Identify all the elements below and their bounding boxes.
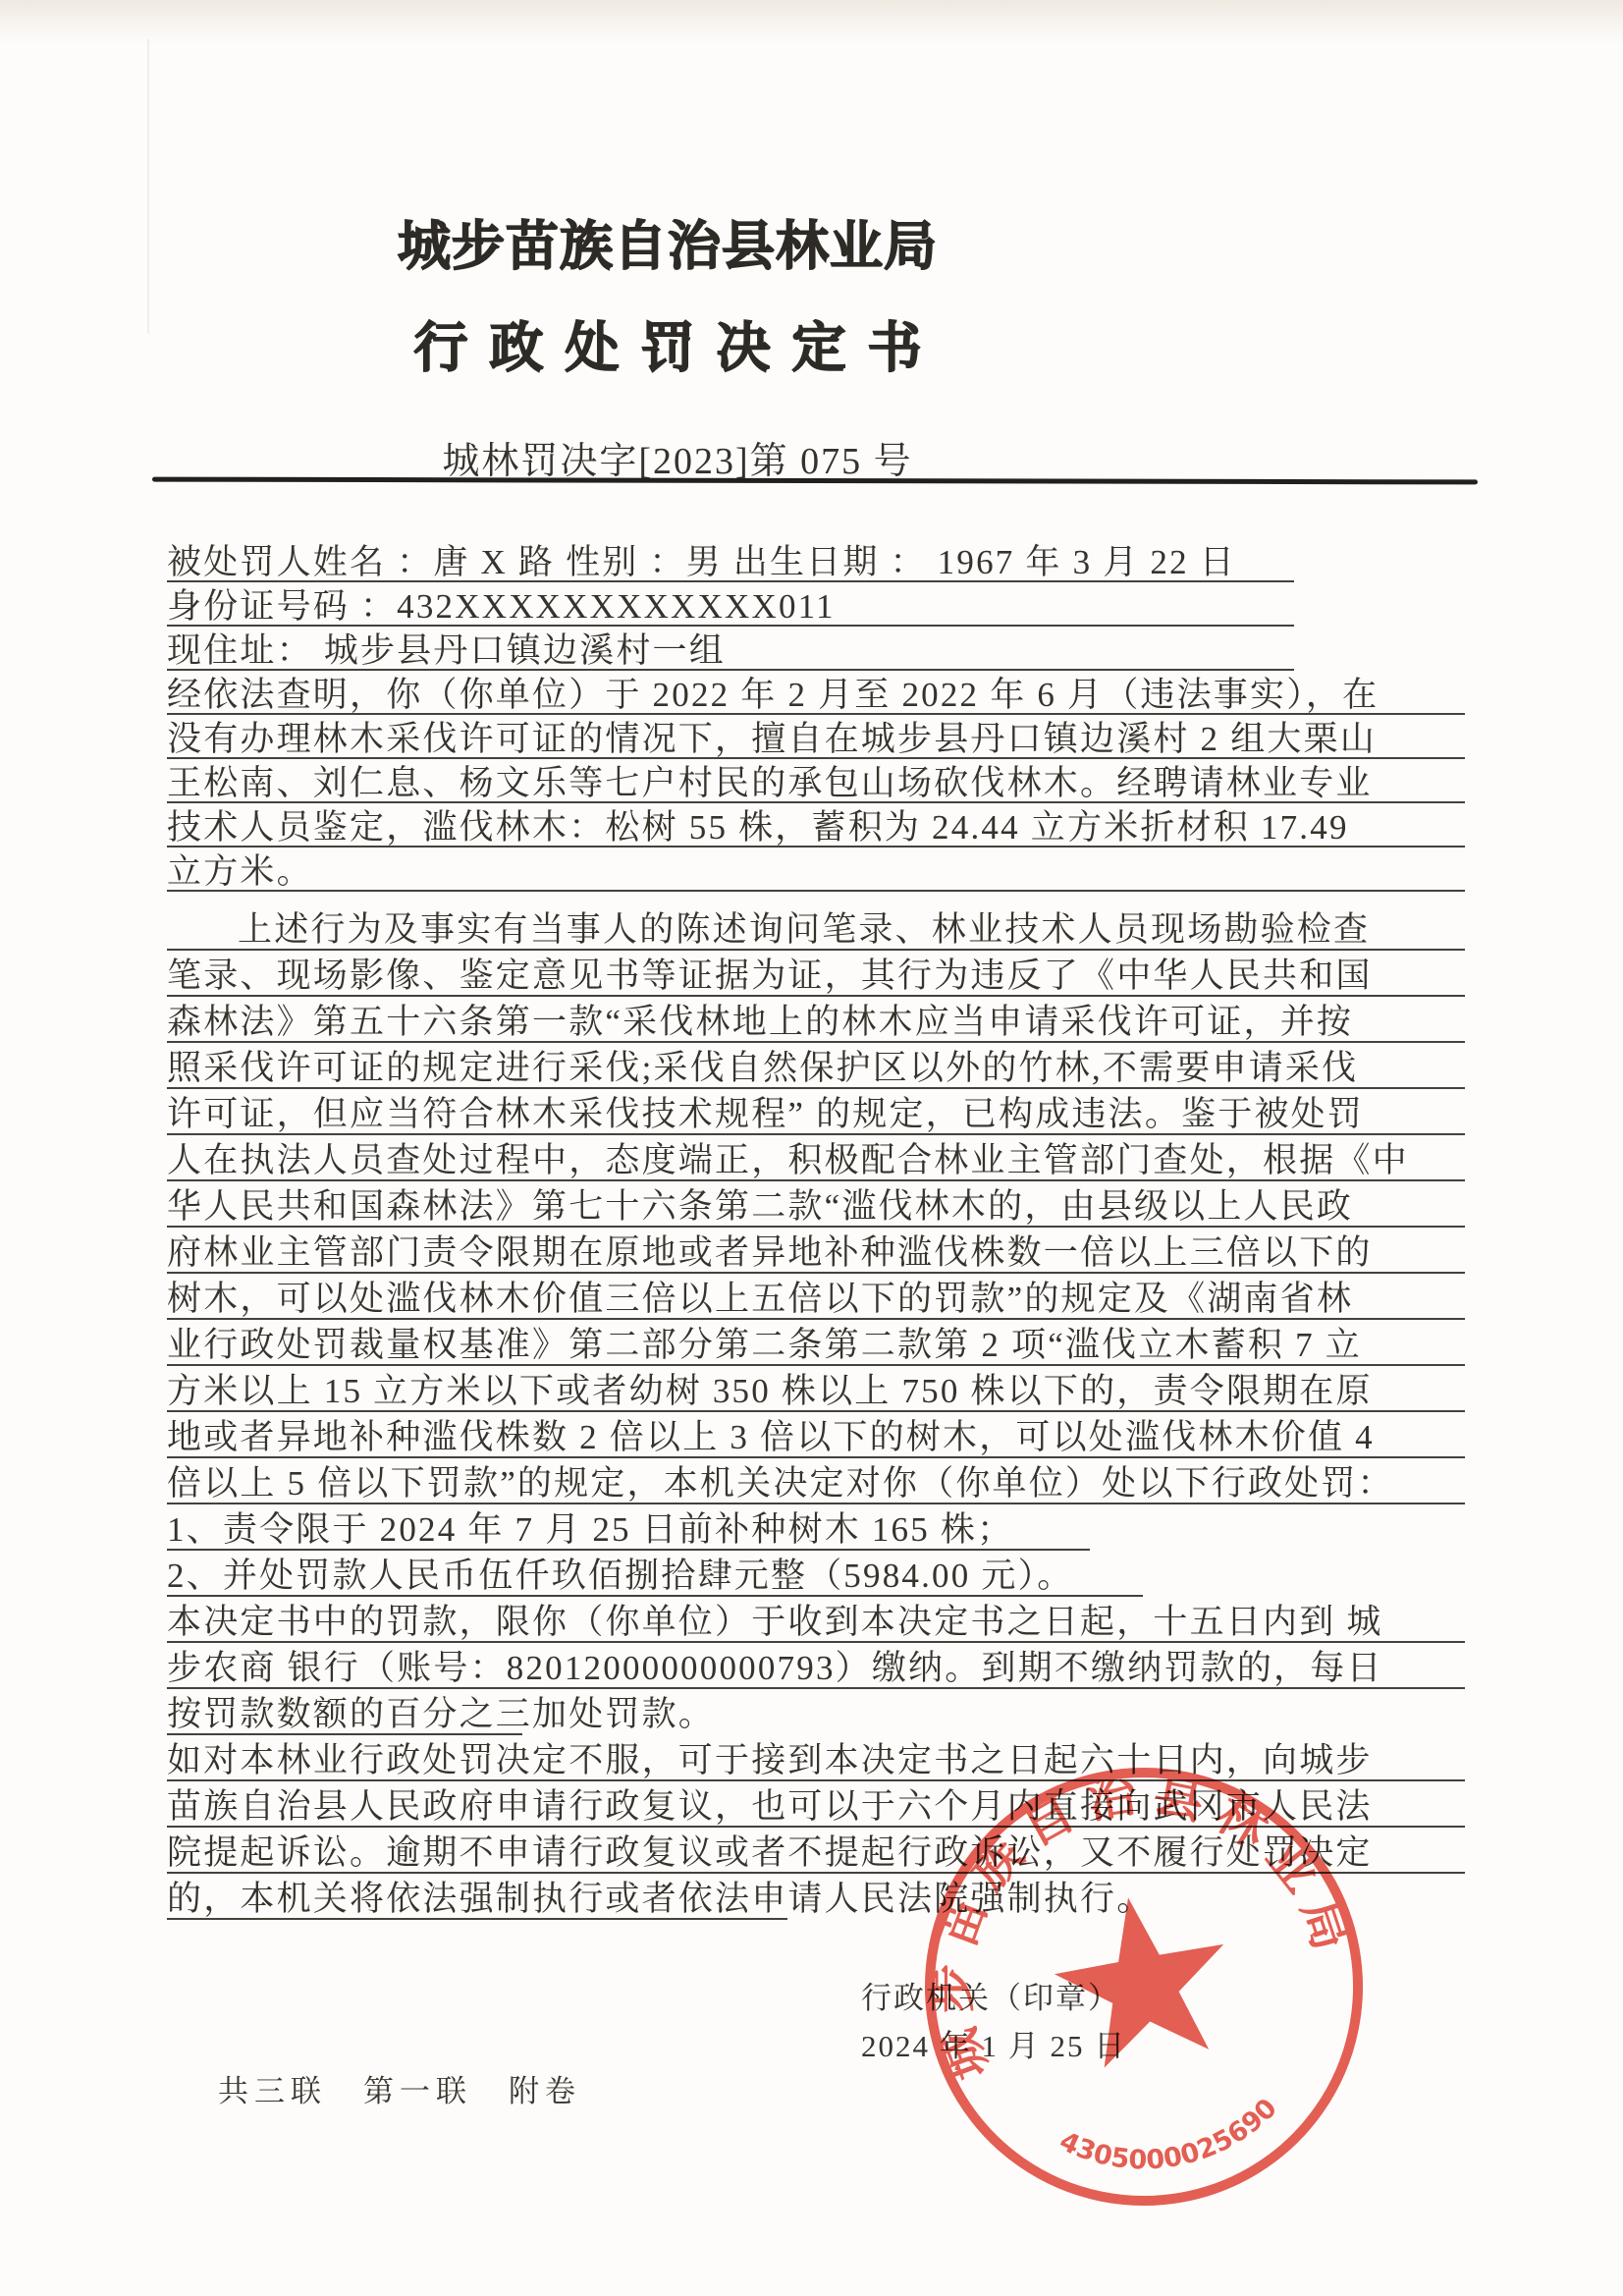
body-line: 王松南、刘仁息、杨文乐等七户村民的承包山场砍伐林木。经聘请林业专业 — [167, 762, 1465, 806]
body-line: 按罚款数额的百分之三加处罚款。 — [167, 1692, 1465, 1738]
body-line: 森林法》第五十六条第一款“采伐林地上的林木应当申请采伐许可证，并按 — [167, 1000, 1465, 1046]
issuer-label: 行政机关（印章） — [861, 1974, 1126, 2022]
agency-title: 城步苗族自治县林业局 — [398, 204, 938, 280]
body-line: 本决定书中的罚款，限你（你单位）于收到本决定书之日起，十五日内到 城 — [167, 1600, 1465, 1646]
body-line: 没有办理林木采伐许可证的情况下，擅自在城步县丹口镇边溪村 2 组大栗山 — [167, 718, 1465, 762]
body-line: 身份证号码 ：432XXXXXXXXXXXX011 — [167, 585, 1465, 629]
body-line: 现住址： 城步县丹口镇边溪村一组 — [167, 629, 1465, 674]
document-number: 城林罚决字[2023]第 075 号 — [442, 430, 912, 484]
body-line: 院提起诉讼。逾期不申请行政复议或者不提起行政诉讼，又不履行处罚决定 — [167, 1831, 1465, 1877]
body-line: 照采伐许可证的规定进行采伐;采伐自然保护区以外的竹林,不需要申请采伐 — [167, 1046, 1465, 1092]
body-line: 2、并处罚款人民币伍仟玖佰捌拾肆元整（5984.00 元）。 — [167, 1554, 1465, 1600]
body-line: 笔录、现场影像、鉴定意见书等证据为证，其行为违反了《中华人民共和国 — [167, 954, 1465, 1000]
body-line: 上述行为及事实有当事人的陈述询问笔录、林业技术人员现场勘验检查 — [167, 907, 1465, 954]
body-line: 华人民共和国森林法》第七十六条第二款“滥伐林木的，由县级以上人民政 — [167, 1184, 1465, 1230]
signature-block: 行政机关（印章） 2024 年 1 月 25 日 — [861, 1974, 1126, 2070]
decision-date: 2024 年 1 月 25 日 — [861, 2022, 1126, 2070]
document-type-title: 行政处罚决定书 — [413, 304, 943, 382]
body-line: 树木，可以处滥伐林木价值三倍以上五倍以下的罚款”的规定及《湖南省林 — [167, 1277, 1465, 1323]
body-line: 人在执法人员查处过程中，态度端正，积极配合林业主管部门查处，根据《中 — [167, 1138, 1465, 1184]
body-line: 如对本林业行政处罚决定不服，可于接到本决定书之日起六十日内，向城步 — [167, 1738, 1465, 1784]
body-line: 府林业主管部门责令限期在原地或者异地补种滥伐株数一倍以上三倍以下的 — [167, 1230, 1465, 1277]
body-line: 技术人员鉴定，滥伐林木：松树 55 株，蓄积为 24.44 立方米折材积 17.… — [167, 806, 1465, 850]
body-line: 业行政处罚裁量权基准》第二部分第二条第二款第 2 项“滥伐立木蓄积 7 立 — [167, 1323, 1465, 1369]
scan-edge-shadow — [0, 0, 1623, 45]
body-line: 的，本机关将依法强制执行或者依法申请人民法院强制执行。 — [167, 1877, 1465, 1923]
body-line: 立方米。 — [167, 850, 1465, 895]
body-line: 1、责令限于 2024 年 7 月 25 日前补种树木 165 株； — [167, 1507, 1465, 1554]
seal-code-text: 4305000025690 — [1051, 2088, 1292, 2193]
document-page: 城步苗族自治县林业局 行政处罚决定书 城林罚决字[2023]第 075 号 被处… — [0, 0, 1623, 2296]
scan-crease — [147, 39, 149, 334]
body-line: 经依法查明，你（你单位）于 2022 年 2 月至 2022 年 6 月（违法事… — [167, 674, 1465, 718]
copies-note: 共三联 第一联 附卷 — [218, 2066, 581, 2110]
body-line: 地或者异地补种滥伐株数 2 倍以上 3 倍以下的树木，可以处滥伐林木价值 4 — [167, 1415, 1465, 1461]
body-line: 步农商 银行（账号：82012000000000793）缴纳。到期不缴纳罚款的，… — [167, 1646, 1465, 1692]
body-line: 苗族自治县人民政府申请行政复议，也可以于六个月内直接向武冈市人民法 — [167, 1784, 1465, 1831]
body-line: 倍以上 5 倍以下罚款”的规定，本机关决定对你（你单位）处以下行政处罚： — [167, 1461, 1465, 1507]
body-lines: 被处罚人姓名 ：唐 X 路 性别 ：男 出生日期 ： 1967 年 3 月 22… — [167, 541, 1465, 1923]
body-line: 方米以上 15 立方米以下或者幼树 350 株以上 750 株以下的，责令限期在… — [167, 1369, 1465, 1415]
body-line: 被处罚人姓名 ：唐 X 路 性别 ：男 出生日期 ： 1967 年 3 月 22… — [167, 541, 1465, 585]
body-line: 许可证，但应当符合林木采伐技术规程” 的规定，已构成违法。鉴于被处罚 — [167, 1092, 1465, 1138]
